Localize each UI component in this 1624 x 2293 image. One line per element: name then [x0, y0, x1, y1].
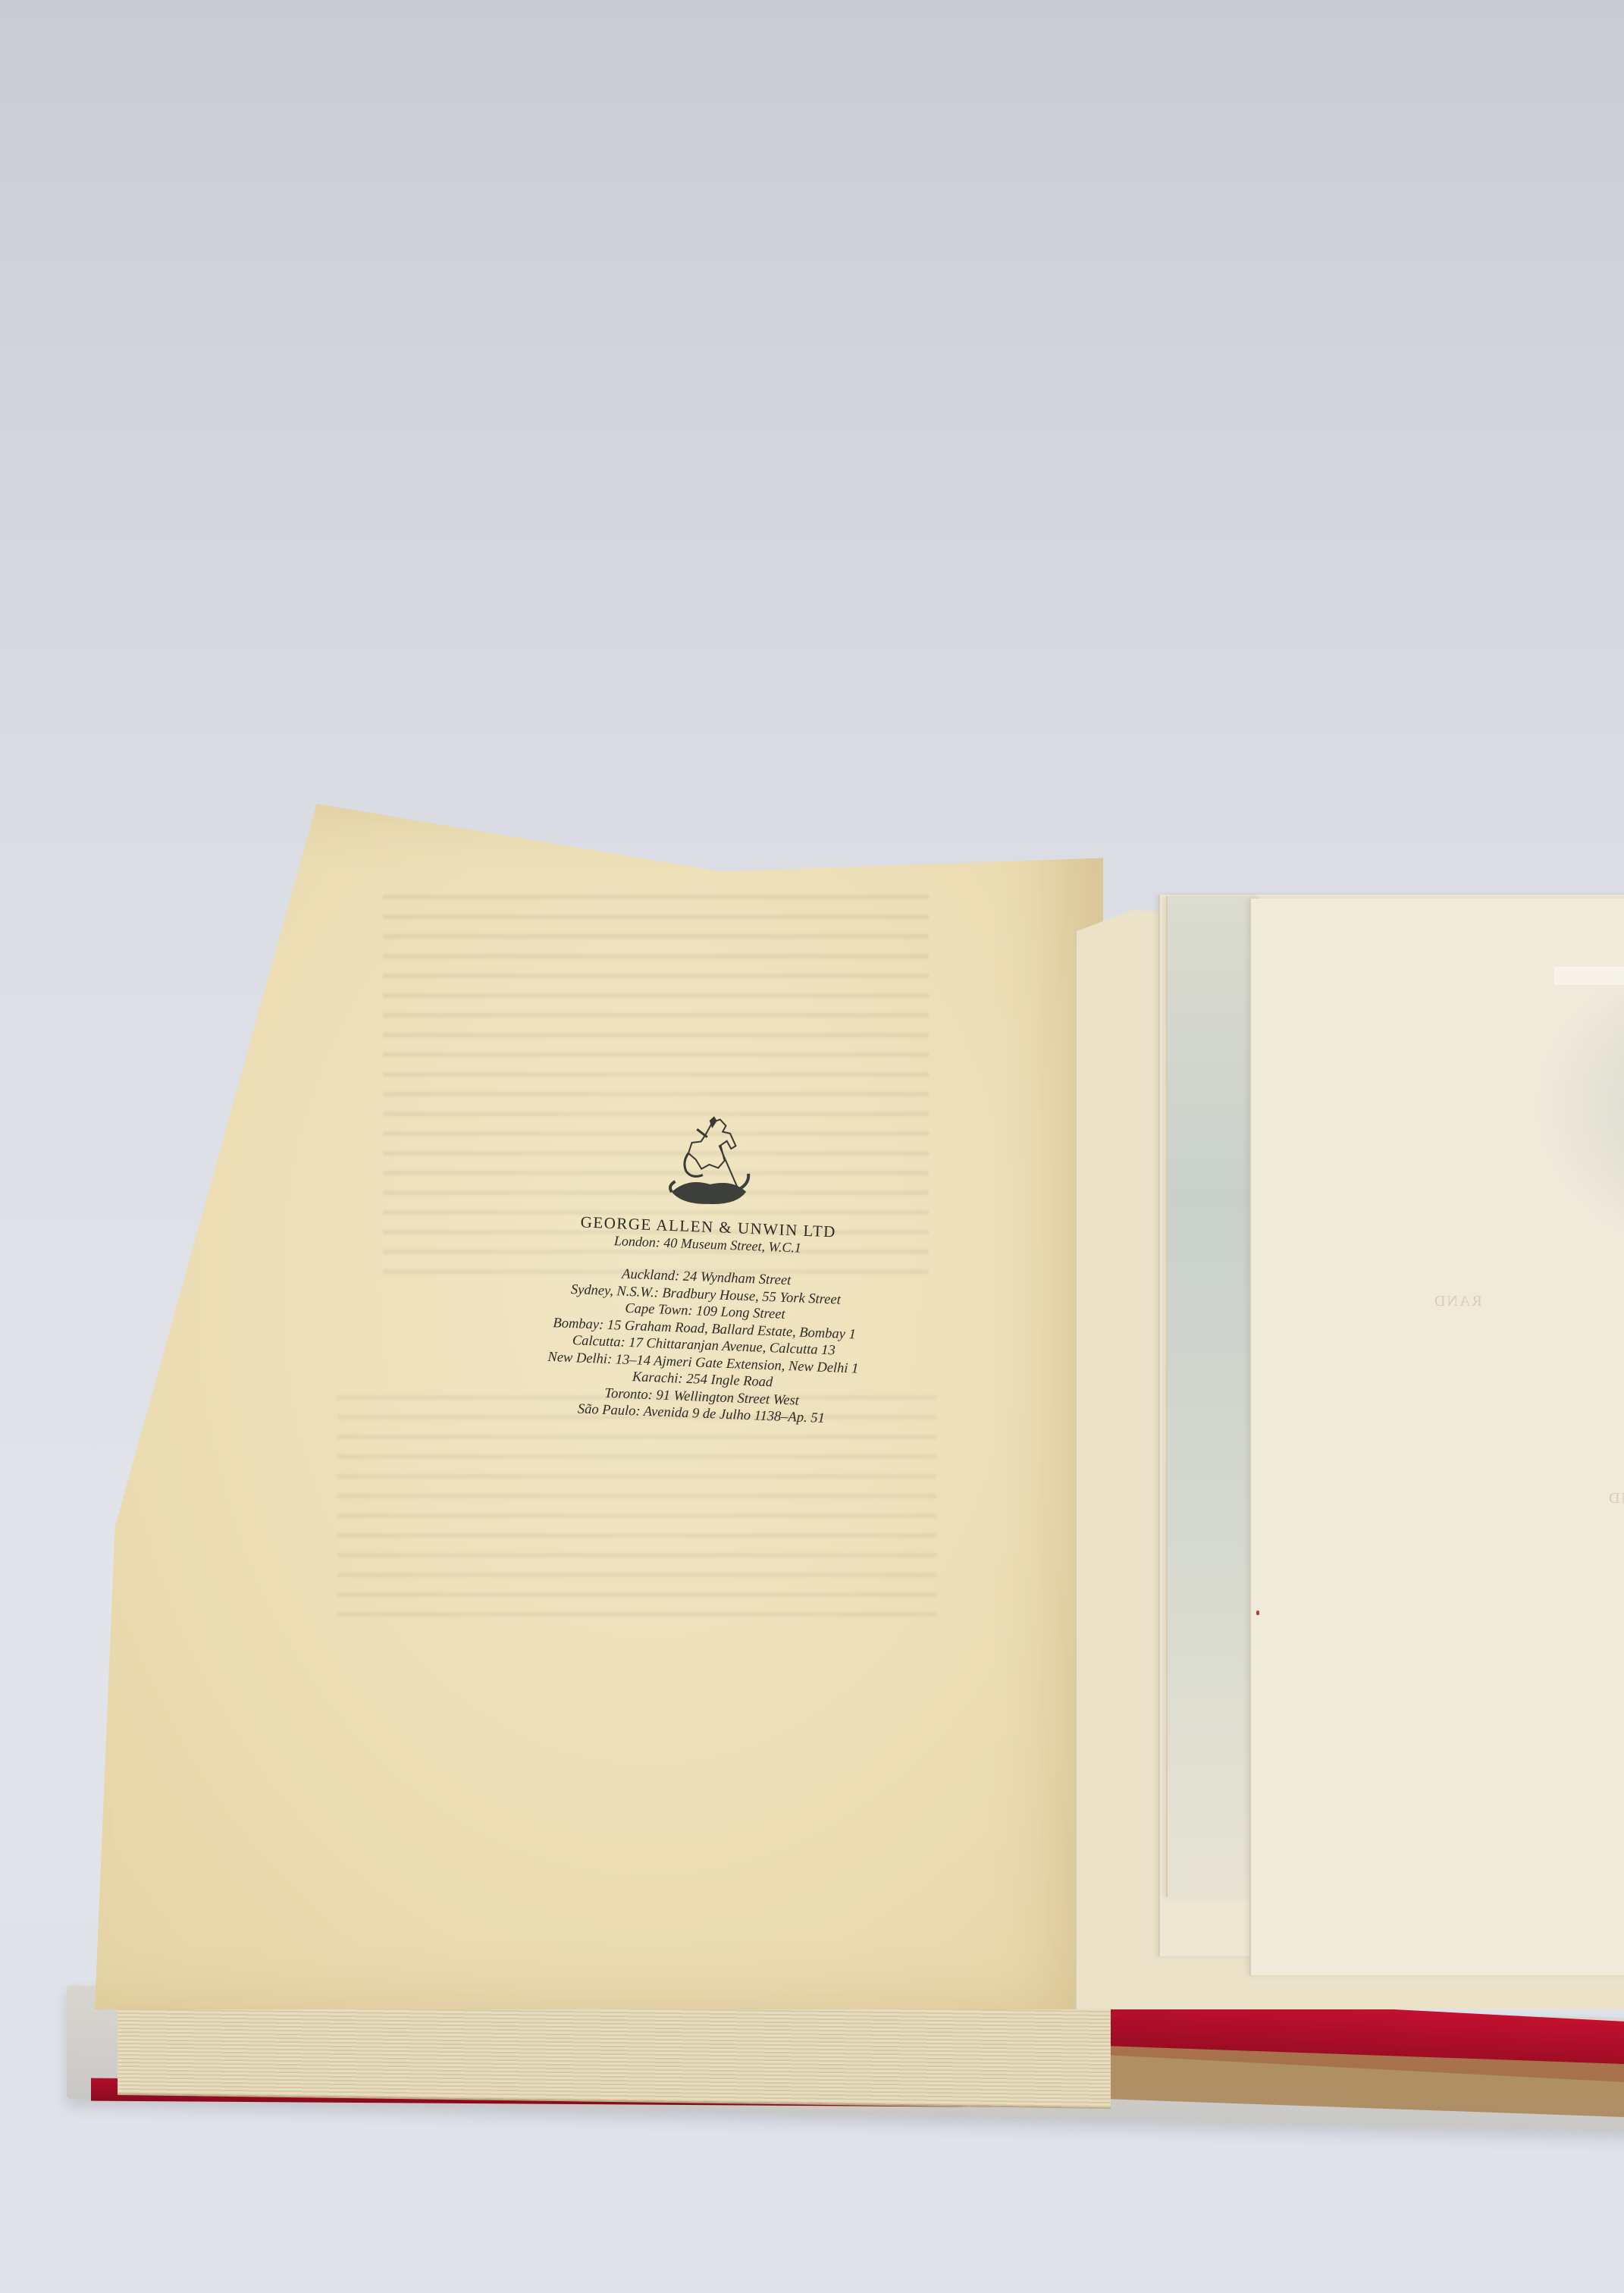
plastic-jacket-edge — [1554, 967, 1624, 985]
bleed-through-text — [337, 1395, 936, 1623]
mirrored-map-label: RAND — [1607, 1490, 1624, 1507]
st-george-dragon-logo-icon — [663, 1113, 758, 1214]
map-bleed-through — [1539, 982, 1624, 1255]
folded-map-strip — [1166, 896, 1259, 1897]
publisher-imprint: GEORGE ALLEN & UNWIN LTD London: 40 Muse… — [459, 1106, 955, 1432]
red-mark — [1256, 1611, 1259, 1615]
mirrored-map-label: RAND — [1433, 1293, 1482, 1310]
branch-address-list: Auckland: 24 Wyndham Street Sydney, N.S.… — [459, 1260, 949, 1432]
photo-scene: GEORGE ALLEN & UNWIN LTD London: 40 Muse… — [0, 0, 1624, 2293]
right-pages: RAND RAND — [1075, 880, 1624, 2017]
page-block-edge — [118, 1995, 1111, 2109]
map-page: RAND RAND — [1249, 899, 1624, 1975]
